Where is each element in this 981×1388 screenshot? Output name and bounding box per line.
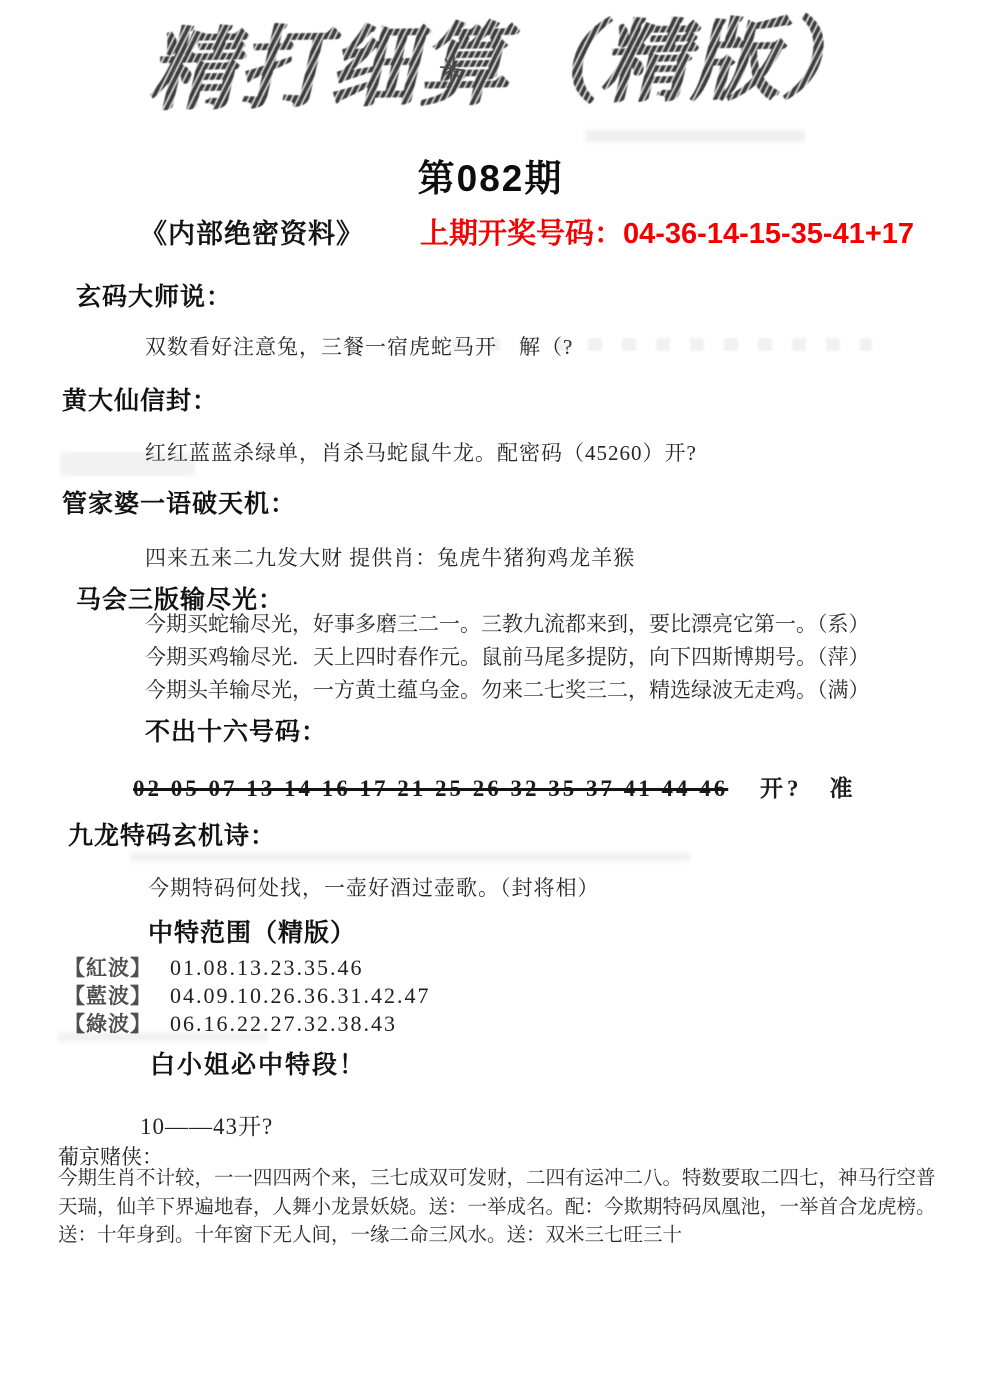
heading-guanjiapo: 管家婆一语破天机： [62,484,296,520]
pujing-line: 今期生肖不计较，一一四四两个来，三七成双可发财，二四有运冲二八。特数要取二四七，… [58,1165,936,1194]
wave-numbers-blue: 04.09.10.26.36.31.42.47 [170,983,431,1008]
calligraphy-title: 精打细算（精版） [138,0,914,148]
huangdaxian-line: 红红蓝蓝杀绿单，肖杀马蛇鼠牛龙。配密码（45260）开? [145,437,697,467]
mahui-verse-line: 今期头羊输尽光，一方黄土蕴乌金。勿来二七奖三二，精选绿波无走鸡。（满） [145,674,870,707]
guanjiapo-line: 四来五来二九发大财 提供肖：兔虎牛猪狗鸡龙羊猴 [145,542,635,572]
sixteen-numbers-suffix: 开? 准 [760,776,857,801]
heading-xuanma-master: 玄码大师说： [76,277,232,313]
pujing-paragraph: 今期生肖不计较，一一四四两个来，三七成双可发财，二四有运冲二八。特数要取二四七，… [58,1165,936,1251]
issue-title: 第082期 [0,148,981,202]
wave-label-blue: 【藍波】 [64,984,152,1008]
heading-huangdaxian: 黄大仙信封： [62,381,218,417]
last-draw-numbers: 上期开奖号码：04-36-14-15-35-41+17 [420,211,914,252]
mahui-verse-line: 今期买蛇输尽光，好事多磨三二一。三教九流都来到，要比漂亮它第一。（系） [145,608,870,641]
wave-label-red: 【紅波】 [64,956,152,980]
secret-material-subtitle: 《内部绝密资料》 [140,212,364,251]
wave-list: 【紅波】01.08.13.23.35.46 【藍波】04.09.10.26.36… [64,952,431,1036]
mahui-verse-block: 今期买蛇输尽光，好事多磨三二一。三教九流都来到，要比漂亮它第一。（系） 今期买鸡… [145,608,870,707]
sixteen-numbers-row: 02 05 07 13 14 16 17 21 25 26 32 35 37 4… [133,770,857,803]
number-range-line: 10——43开? [140,1108,273,1141]
wave-numbers-green: 06.16.22.27.32.38.43 [170,1011,397,1036]
wave-row-blue: 【藍波】04.09.10.26.36.31.42.47 [64,980,431,1008]
pujing-line: 天瑞，仙羊下界遍地春，人舞小龙景妖娆。送：一举成名。配：今欺期特码凤凰池，一举首… [58,1194,936,1223]
heading-jiulong-poem: 九龙特码玄机诗： [68,816,276,852]
pujing-line: 送：十年身到。十年窗下无人间，一缘二命三风水。送：双米三七旺三十 [58,1222,936,1251]
sixteen-numbers-strikethrough: 02 05 07 13 14 16 17 21 25 26 32 35 37 4… [133,776,728,801]
baixiaojie-line: 白小姐必中特段！ [150,1045,366,1081]
star-mark-icon: ✳ [435,48,469,92]
wave-label-green: 【綠波】 [64,1012,152,1036]
wave-row-green: 【綠波】06.16.22.27.32.38.43 [64,1008,431,1036]
heading-sixteen-numbers: 不出十六号码： [145,712,327,748]
wave-row-red: 【紅波】01.08.13.23.35.46 [64,952,431,980]
xuanma-line: 双数看好注意兔，三餐一宿虎蛇马开 解（? [145,331,573,361]
wave-numbers-red: 01.08.13.23.35.46 [170,955,364,980]
heading-zhongte-range: 中特范围（精版） [148,913,356,949]
scanned-document-page: 精打细算（精版） ✳ 第082期 《内部绝密资料》 上期开奖号码：04-36-1… [0,0,981,1388]
mahui-verse-line: 今期买鸡输尽光．天上四时春作元。鼠前马尾多提防，向下四斯博期号。（萍） [145,641,870,674]
scan-artifact [130,852,690,862]
jiulong-poem-line: 今期特码何处找，一壶好酒过壶歌。（封将相） [148,872,600,902]
